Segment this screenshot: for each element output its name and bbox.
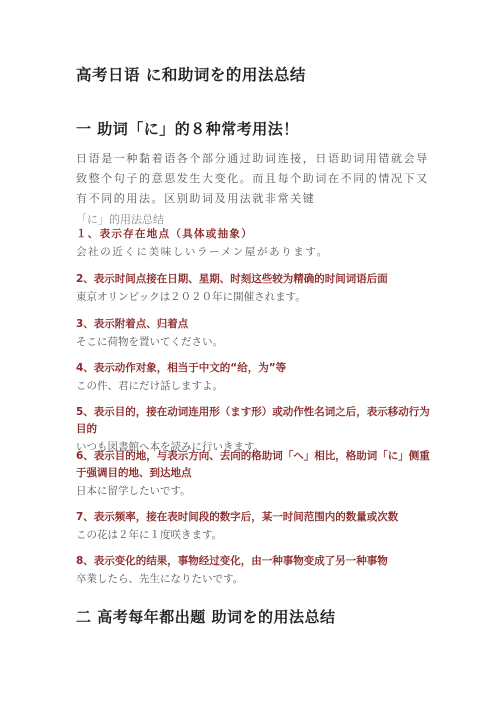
document-page: 高考日语 に和助词を的用法总结 一 助词「に」的８种常考用法！ 日语是一种黏着语…	[0, 0, 500, 708]
usage-item-heading: 6、表示目的地，与表示方向、去向的格助词「へ」相比，格助词「に」侧重于强调目的地…	[76, 448, 436, 482]
usage-item-heading: 7、表示频率，接在表时间段的数字后，某一时间范围内的数量或次数	[76, 509, 436, 526]
usage-item-example: 東京オリンピックは２０２０年に開催されます。	[76, 289, 436, 306]
usage-item-3: 3、表示附着点、归着点 そこに荷物を置いてください。	[76, 316, 436, 351]
usage-item-heading: 3、表示附着点、归着点	[76, 316, 436, 333]
usage-item-heading: 4、表示动作对象，相当于中文的“给，为”等	[76, 360, 436, 377]
usage-item-4: 4、表示动作对象，相当于中文的“给，为”等 この件、君にだけ話しますよ。	[76, 360, 436, 395]
usage-item-heading: 2、表示时间点接在日期、星期、时刻这些较为精确的时间词语后面	[76, 271, 436, 288]
section-2-heading: 二 高考每年都出题 助词を的用法总结	[76, 606, 335, 627]
usage-item-example: そこに荷物を置いてください。	[76, 334, 436, 351]
usage-item-heading: 8、表示变化的结果，事物经过变化，由一种事物变成了另一种事物	[76, 553, 436, 570]
usage-item-heading: 5、表示目的，接在动词连用形（ます形）或动作性名词之后，表示移动行为目的	[76, 404, 436, 438]
usage-item-example: 日本に留学したいです。	[76, 483, 436, 500]
usage-item-6: 6、表示目的地，与表示方向、去向的格助词「へ」相比，格助词「に」侧重于强调目的地…	[76, 448, 436, 500]
usage-item-2: 2、表示时间点接在日期、星期、时刻这些较为精确的时间词语后面 東京オリンピックは…	[76, 271, 436, 306]
usage-summary-subheading: 「に」的用法总结	[76, 211, 164, 227]
document-title: 高考日语 に和助词を的用法总结	[76, 63, 306, 85]
usage-item-example: この花は２年に１度咲きます。	[76, 527, 436, 544]
intro-paragraph: 日语是一种黏着语各个部分通过助词连接，日语助词用错就会导致整个句子的意思发生大变…	[76, 149, 436, 209]
usage-item-8: 8、表示变化的结果，事物经过变化，由一种事物变成了另一种事物 卒業したら、先生に…	[76, 553, 436, 588]
usage-item-example: この件、君にだけ話しますよ。	[76, 378, 436, 395]
usage-item-example: 卒業したら、先生になりたいです。	[76, 571, 436, 588]
section-1-heading: 一 助词「に」的８种常考用法！	[76, 118, 299, 139]
usage-item-1: １、表示存在地点（具体或抽象） 会社の近くに美味しいラーメン屋があります。	[76, 226, 436, 261]
usage-item-example: 会社の近くに美味しいラーメン屋があります。	[76, 244, 436, 261]
usage-item-7: 7、表示频率，接在表时间段的数字后，某一时间范围内的数量或次数 この花は２年に１…	[76, 509, 436, 544]
usage-item-heading: １、表示存在地点（具体或抽象）	[76, 226, 436, 243]
